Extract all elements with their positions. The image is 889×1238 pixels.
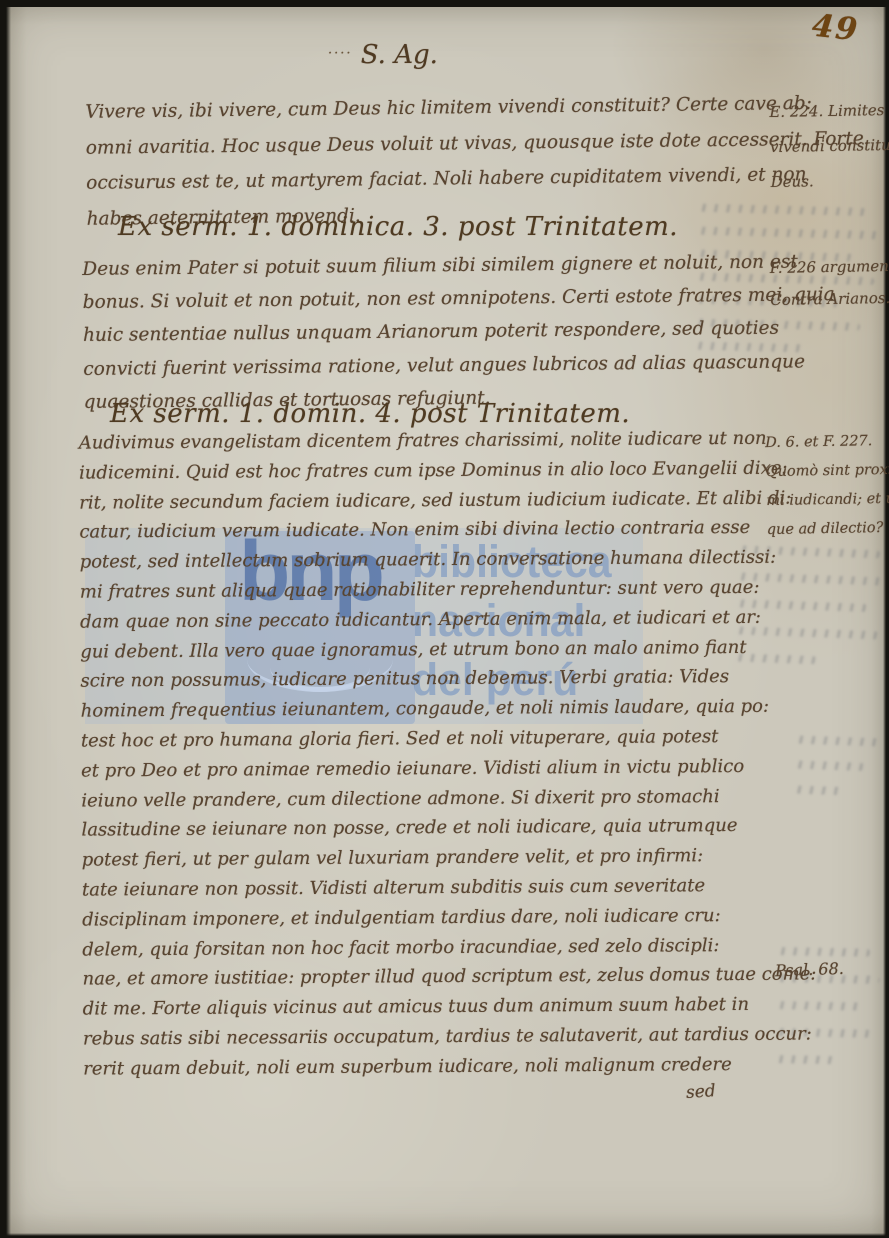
- text-line: disciplinam imponere, et indulgentiam ta…: [82, 900, 816, 935]
- margin-note-1: E. 224. Limites vivendi constituit Deus.: [769, 93, 889, 200]
- text-line: rerit quam debuit, noli eum superbum iud…: [83, 1049, 817, 1084]
- margin-line: mi iudicandi; et ur:: [766, 485, 888, 516]
- text-line: et pro Deo et pro animae remedio ieiunar…: [81, 751, 815, 786]
- text-line: Audivimus evangelistam dicentem fratres …: [79, 423, 813, 458]
- page-header: ···· S. Ag.: [328, 40, 438, 70]
- scan-edge-bottom: [0, 1233, 889, 1238]
- section-heading-1: Ex serm. 1. dominica. 3. post Trinitatem…: [118, 212, 678, 242]
- margin-line: Contra Arianos.: [770, 282, 889, 316]
- catchword: sed: [685, 1081, 716, 1103]
- text-line: iudicemini. Quid est hoc fratres cum ips…: [79, 453, 813, 488]
- margin-line: F. 226 argumentum: [769, 250, 888, 284]
- manuscript-page: bnp biblioteca nacional del perú 49 ····…: [0, 0, 889, 1238]
- margin-note-3: D. 6. et F. 227. Quomò sint proxi: mi iu…: [765, 427, 889, 545]
- margin-note-2: F. 226 argumentum Contra Arianos.: [769, 250, 888, 316]
- scan-edge-left: [0, 0, 11, 1238]
- paragraph-3: Audivimus evangelistam dicentem fratres …: [79, 423, 817, 1084]
- text-line: lassitudine se ieiunare non posse, crede…: [81, 811, 815, 846]
- scan-edge-top: [0, 0, 889, 7]
- margin-line: que ad dilectio?: [767, 514, 889, 545]
- text-line: dam quae non sine peccato iudicantur. Ap…: [80, 602, 814, 637]
- header-flourish: ····: [328, 46, 353, 61]
- margin-note-4: Psal. 68.: [775, 959, 844, 980]
- margin-line: Deus.: [770, 163, 889, 200]
- margin-line: E. 224. Limites: [769, 93, 888, 130]
- header-text: S. Ag.: [361, 40, 438, 70]
- text-line: test hoc et pro humana gloria fieri. Sed…: [81, 721, 815, 756]
- margin-line: Quomò sint proxi:: [766, 456, 888, 487]
- text-line: rebus satis sibi necessariis occupatum, …: [83, 1019, 817, 1054]
- margin-line: vivendi constituit: [770, 128, 889, 165]
- folio-number: 49: [810, 8, 861, 49]
- paragraph-2: Deus enim Pater si potuit suum filium si…: [82, 245, 836, 419]
- margin-line: D. 6. et F. 227.: [765, 427, 887, 458]
- text-line: mi fratres sunt aliqua quae rationabilit…: [80, 572, 814, 607]
